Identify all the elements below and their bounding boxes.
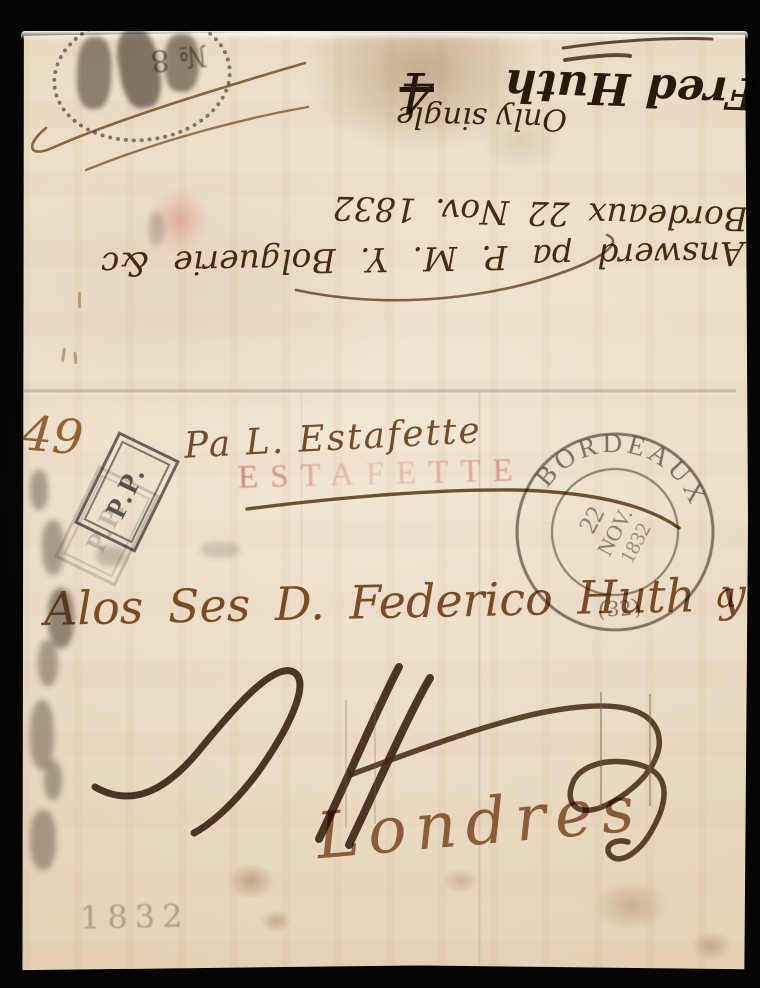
rate-mark-stroke [350,706,664,859]
ghost-stroke [345,700,347,828]
ink-smudge [38,640,58,686]
scanned-letter-photo: № 8 4 Fred Huth Only single Bordeaux 22 … [0,0,760,988]
ink-smudge [200,542,240,558]
route-underline-stroke [247,490,679,528]
ink-smudge [48,588,74,648]
rate-mark-stroke [95,671,300,833]
rate-mark-stroke [319,667,399,839]
ink-smudge [30,470,48,510]
pen-strokes-overlay [0,0,760,988]
ink-smudge [42,520,64,575]
ink-smudge [96,546,126,566]
ink-smudge [44,760,62,800]
pen-flourish [86,107,308,170]
ghost-stroke [600,692,602,807]
ink-smudge [148,212,164,246]
ghost-stroke [649,694,651,806]
ink-smudge [30,810,56,870]
ghost-stroke [374,702,376,824]
pen-flourish [32,63,305,152]
marginal-tick [78,292,81,308]
pen-flourish [296,235,613,300]
pen-flourish [563,38,712,48]
pen-flourish [565,55,630,60]
